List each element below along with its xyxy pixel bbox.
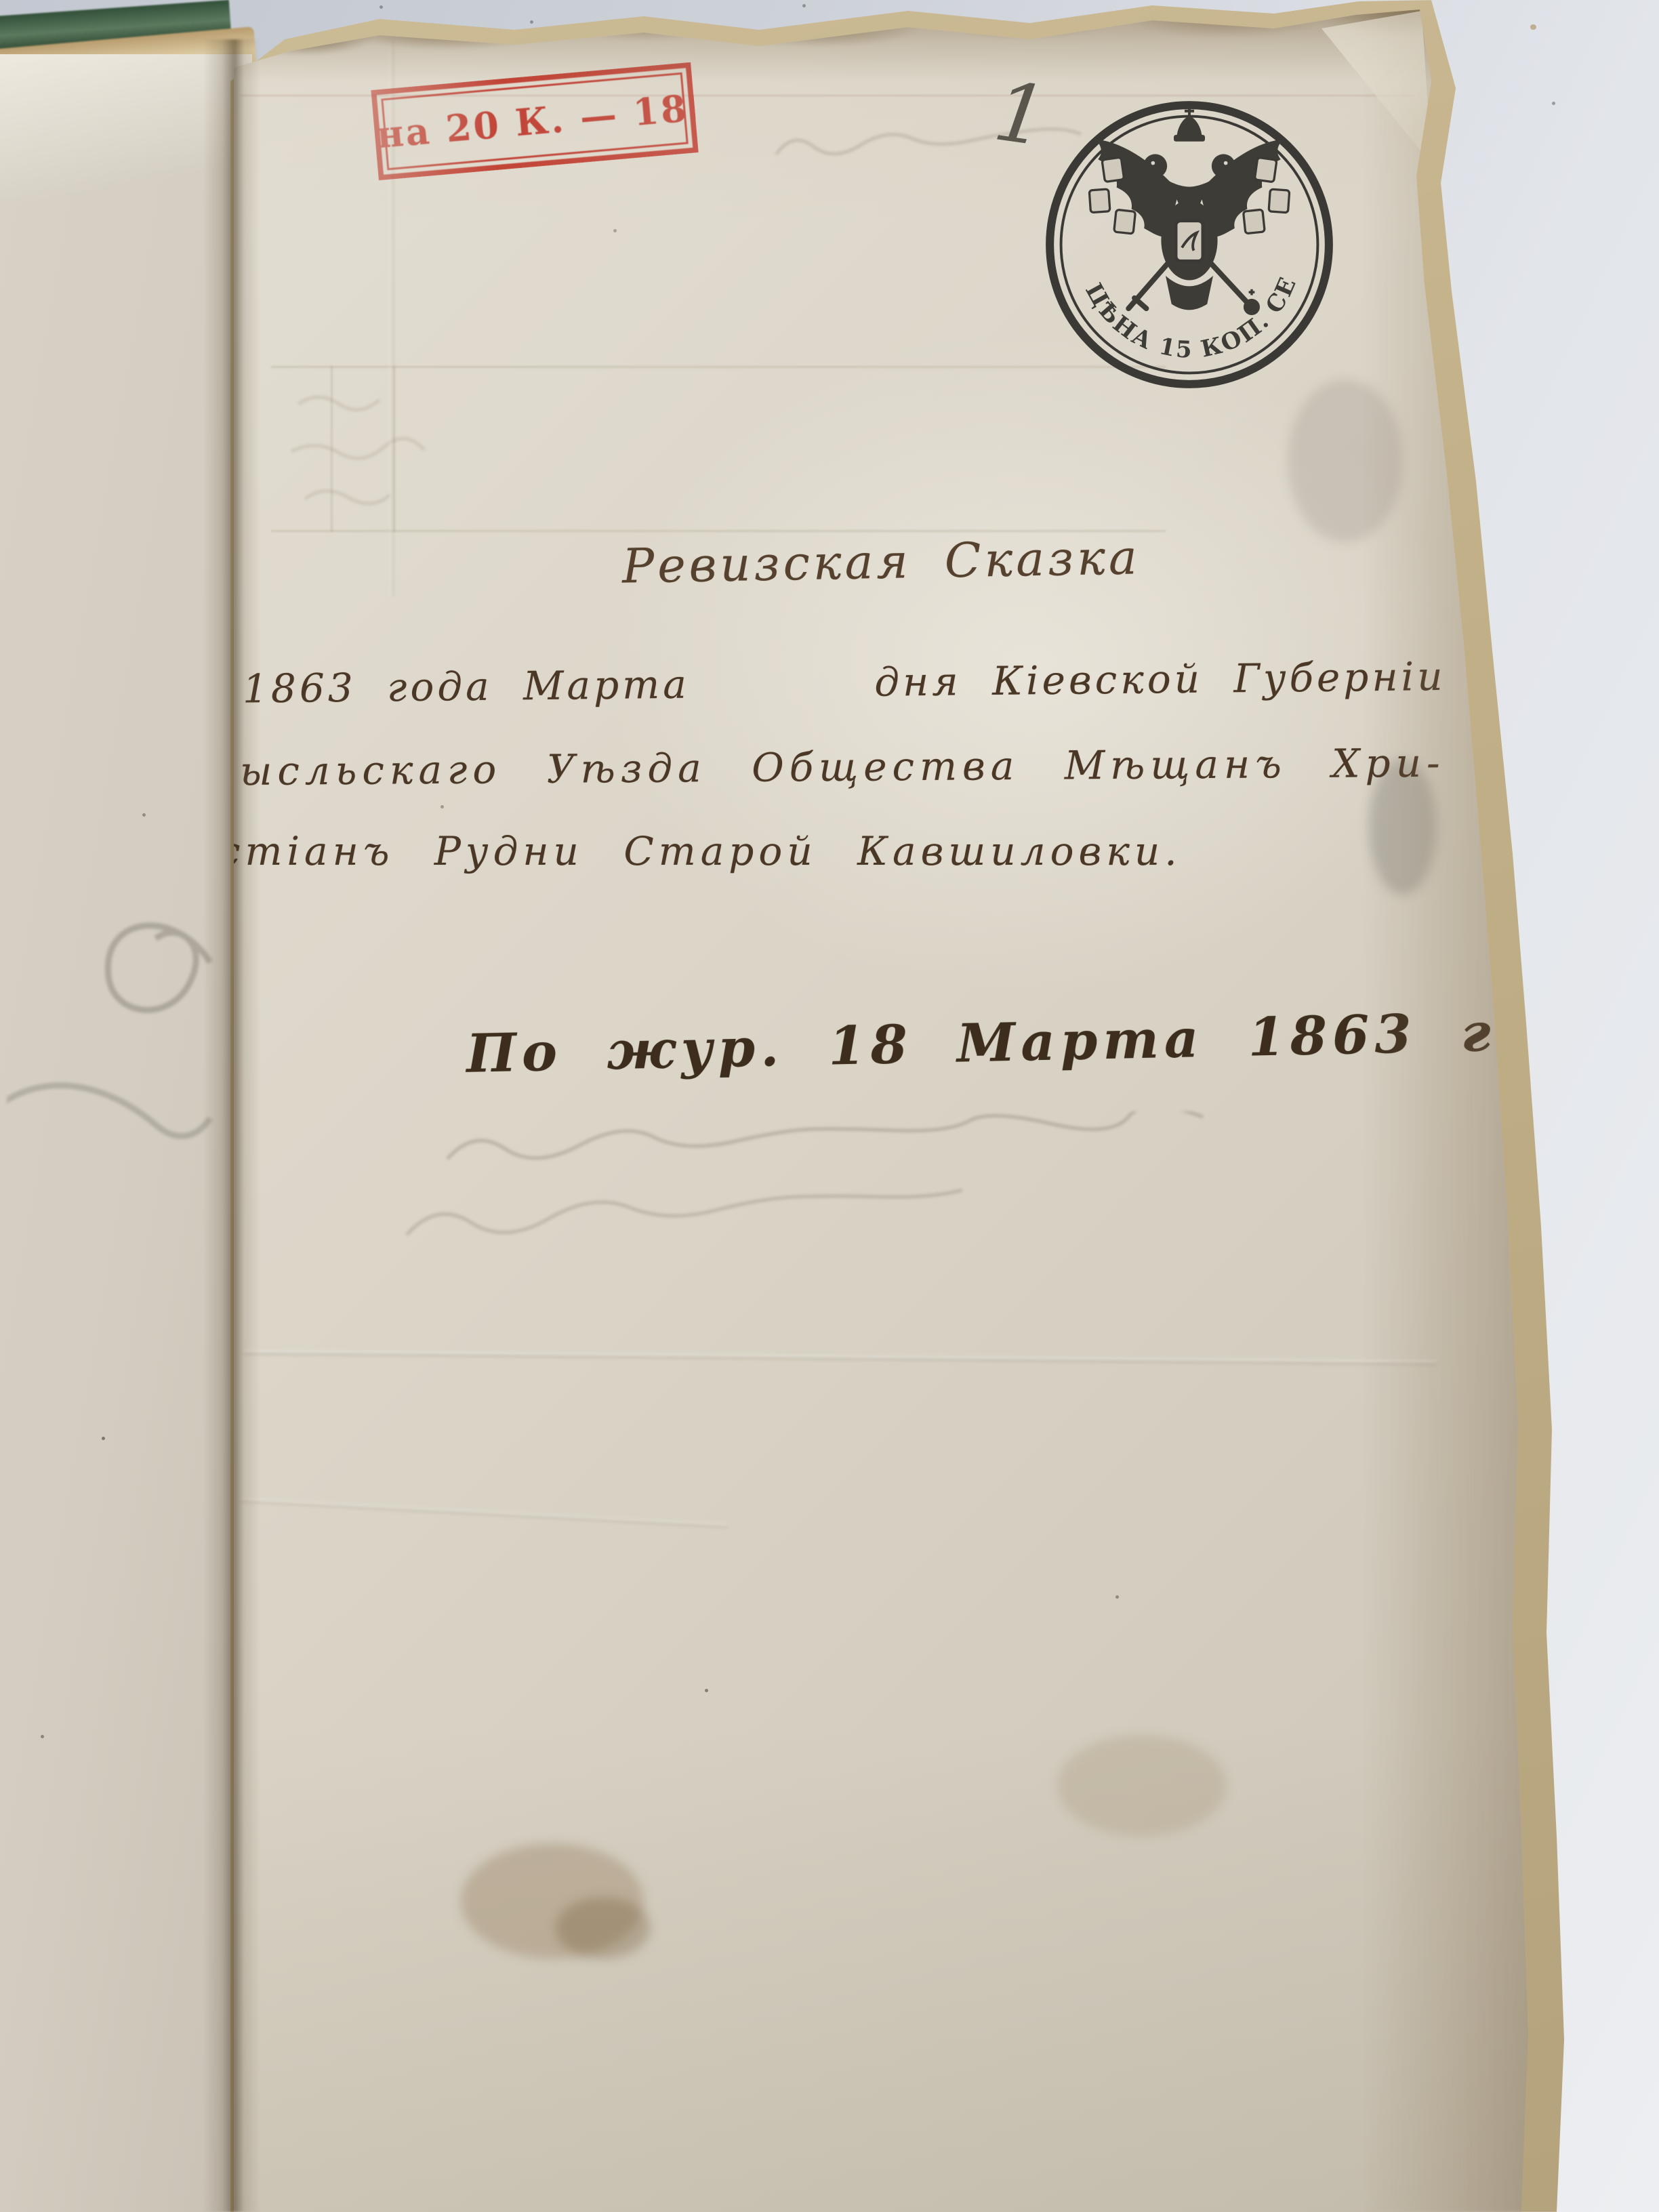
manuscript-title: Ревизская Сказка bbox=[621, 529, 1141, 594]
bleedthrough-script bbox=[400, 1181, 1091, 1262]
stain bbox=[556, 1898, 651, 1959]
dust-speck bbox=[802, 4, 806, 7]
paper-speck bbox=[613, 229, 617, 232]
dust-speck bbox=[1530, 24, 1536, 30]
paper-speck bbox=[1115, 1595, 1119, 1599]
dust-speck bbox=[1552, 102, 1555, 105]
bleedthrough-table-line bbox=[271, 366, 1166, 368]
paper-speck bbox=[142, 813, 146, 817]
paper-speck bbox=[41, 1735, 44, 1738]
paper-speck bbox=[441, 805, 444, 808]
manuscript-line-2: мысльскаго Уѣзда Общества Мѣщанъ Хри- bbox=[202, 740, 1446, 795]
dust-speck bbox=[530, 20, 533, 24]
book-gutter-shadow bbox=[203, 39, 260, 2212]
bleedthrough-mark bbox=[7, 881, 230, 1193]
manuscript-line-3: стіанъ Рудни Старой Кавшиловки. bbox=[218, 828, 1182, 874]
dust-speck bbox=[380, 5, 383, 9]
revenue-seal: ЦѢНА 15 КОП. СЕР. bbox=[1041, 96, 1338, 393]
stain bbox=[1057, 1735, 1227, 1837]
bleedthrough-script bbox=[285, 377, 508, 539]
photo-of-archival-document: Цѣна 20 К. — 1862. bbox=[0, 0, 1659, 2212]
paper-speck bbox=[705, 1689, 708, 1692]
bleedthrough-script bbox=[441, 1111, 1308, 1186]
paper-speck bbox=[102, 1437, 105, 1440]
